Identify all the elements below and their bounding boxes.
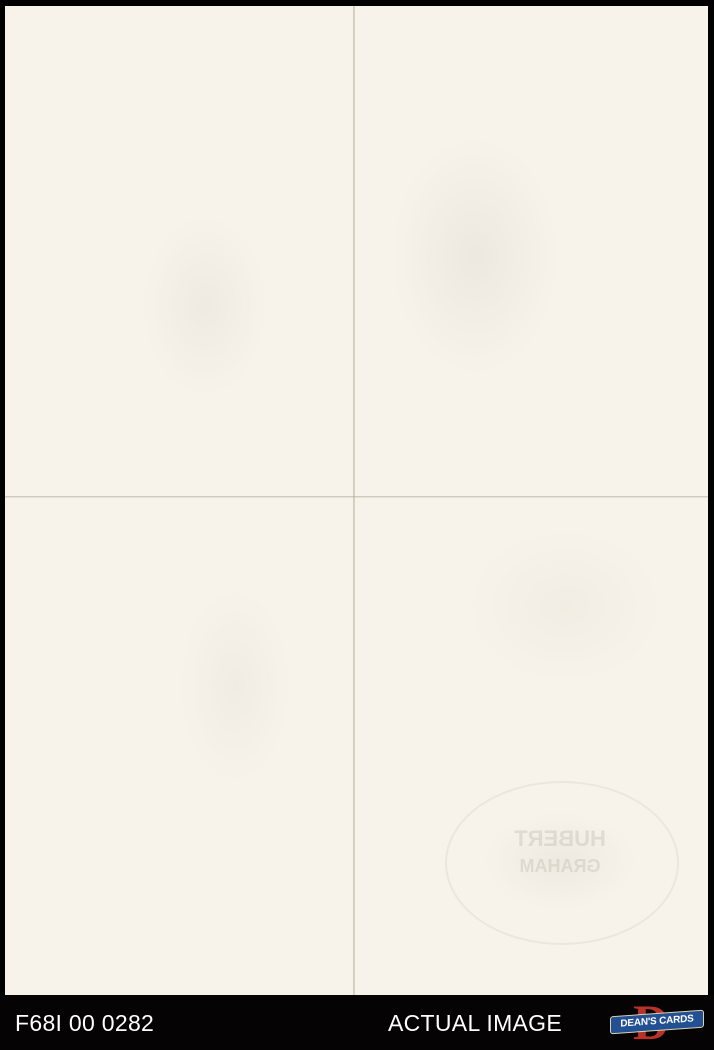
actual-image-label: ACTUAL IMAGE <box>388 1010 562 1037</box>
bleed-through-text-1: HUBERT <box>460 826 660 852</box>
logo-banner: DEAN'S CARDS <box>610 1010 704 1035</box>
item-code: F68I 00 0282 <box>15 1010 154 1037</box>
card-back-image: HUBERT GRAHAM <box>5 6 708 995</box>
footer-bar: F68I 00 0282 ACTUAL IMAGE D DEAN'S CARDS <box>0 995 714 1050</box>
deans-cards-logo: D DEAN'S CARDS <box>607 1000 703 1045</box>
bleed-through-text-2: GRAHAM <box>460 856 660 877</box>
vertical-fold-crease <box>353 6 355 995</box>
horizontal-fold-crease <box>5 496 708 498</box>
